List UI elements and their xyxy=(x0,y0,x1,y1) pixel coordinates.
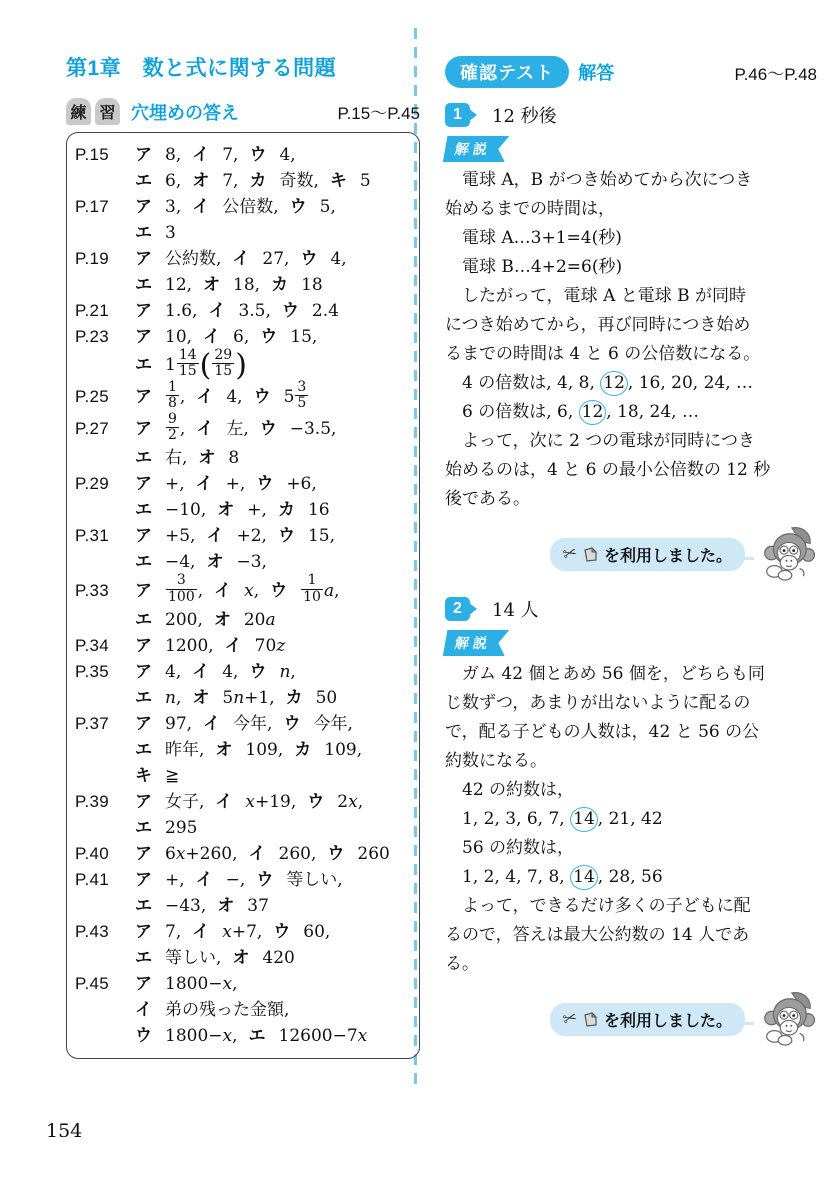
item-value: 弟の残った金額, xyxy=(165,1000,289,1020)
answer-line: P.45ア1800−x, xyxy=(75,971,414,997)
answer-item: ア10, xyxy=(135,327,192,346)
item-label: オ xyxy=(192,171,209,190)
answer-item: イ4, xyxy=(196,387,242,406)
answer-item: イ7, xyxy=(192,145,238,164)
answer-item: オ8 xyxy=(198,448,239,467)
bubble-row: ✂ を利用しました。 xyxy=(445,991,815,1047)
text-line: よって，次に 2 つの電球が同時につき xyxy=(445,427,817,456)
item-value: 5 xyxy=(360,171,371,191)
answer-item: イ今年, xyxy=(203,714,272,733)
bubble-text: を利用しました。 xyxy=(604,543,732,566)
answer-line: エ6,オ7,カ奇数,キ5 xyxy=(75,168,414,194)
circled-number: 14 xyxy=(570,865,598,890)
circled-number: 14 xyxy=(570,807,598,832)
answer-line: P.37ア97,イ今年,ウ今年, xyxy=(75,711,414,737)
answer-item: オ37 xyxy=(217,896,269,915)
text-line: 電球 A…3+1=4(秒) xyxy=(445,224,817,253)
answer-item: イ公倍数, xyxy=(192,197,278,216)
item-value: 15, xyxy=(308,526,335,546)
fraction: 1415 xyxy=(177,348,199,380)
answer-line-content: イ弟の残った金額, xyxy=(135,997,414,1023)
answer-item: エ−43, xyxy=(135,896,206,915)
item-value: 左, xyxy=(226,419,248,439)
answer-item: ア3100, xyxy=(135,581,203,600)
item-value: 200, xyxy=(165,610,203,630)
item-value: +6, xyxy=(286,474,316,494)
scissors-icon: ✂ xyxy=(560,1007,579,1030)
answer-line: エn,オ5n+1,カ50 xyxy=(75,685,414,711)
item-value: n, xyxy=(279,662,295,682)
item-value: 18, xyxy=(233,275,260,295)
answer-line: エ200,オ20a xyxy=(75,607,414,633)
text-line: 6 の倍数は, 6, 12, 18, 24, … xyxy=(445,398,817,427)
math-variable: x xyxy=(244,581,254,601)
item-label: イ xyxy=(196,870,213,889)
answer-item: イ27, xyxy=(232,249,289,268)
answer-line: P.40ア6x+260,イ260,ウ260 xyxy=(75,841,414,867)
answer-line-content: エ11415(2915) xyxy=(135,350,414,382)
item-label: オ xyxy=(203,275,220,294)
math-variable: x xyxy=(348,792,358,812)
page-ref: P.37 xyxy=(75,711,135,737)
item-label: オ xyxy=(215,740,232,759)
item-value: 15, xyxy=(290,327,317,347)
page-ref: P.27 xyxy=(75,416,135,442)
answer-item: ア4, xyxy=(135,662,181,681)
answer-item: ア3, xyxy=(135,197,181,216)
item-label: キ xyxy=(330,171,347,190)
item-label: イ xyxy=(135,1000,152,1019)
item-value: −10, xyxy=(165,500,206,520)
answer-line: P.41ア+,イ−,ウ等しい, xyxy=(75,867,414,893)
item-label: イ xyxy=(203,714,220,733)
math-variable: x xyxy=(358,1026,368,1046)
item-value: 女子, xyxy=(165,792,204,812)
item-value: 公約数, xyxy=(165,249,221,269)
item-label: エ xyxy=(135,355,152,374)
item-value: 535 xyxy=(284,387,310,407)
page-ref: P.29 xyxy=(75,471,135,497)
page-number: 154 xyxy=(46,1120,82,1142)
item-label: イ xyxy=(249,844,266,863)
answer-item: ウ2x, xyxy=(307,792,363,811)
tool-usage-bubble: ✂ を利用しました。 xyxy=(550,538,745,571)
item-label: イ xyxy=(232,249,249,268)
answer-line: エ−4,オ−3, xyxy=(75,549,414,575)
item-value: 60, xyxy=(303,922,330,942)
page-ref: P.15 xyxy=(75,142,135,168)
text-line: につき始めてから，再び同時につき始め xyxy=(445,311,817,340)
monkey-mascot-icon xyxy=(757,991,815,1047)
test-header: 確認テスト 解答 P.46～P.48 xyxy=(445,56,817,88)
answer-line-content: ア3100,イx,ウ110a, xyxy=(135,575,414,607)
item-value: 等しい, xyxy=(286,870,342,890)
item-value: 18, xyxy=(165,387,185,407)
practice-header: 練 習 穴埋めの答え P.15～P.45 xyxy=(66,98,420,125)
item-value: −, xyxy=(226,870,246,890)
text-line: 1, 2, 4, 7, 8, 14, 28, 56 xyxy=(445,863,817,892)
answer-item: ア公約数, xyxy=(135,249,221,268)
item-value: 18 xyxy=(301,275,323,295)
practice-label: 穴埋めの答え xyxy=(131,99,239,125)
item-value: 4, xyxy=(279,145,295,165)
item-label: オ xyxy=(214,610,231,629)
answer-item: イ+, xyxy=(196,474,246,493)
text-line: 電球 B…4+2=6(秒) xyxy=(445,253,817,282)
text-line: じ数ずつ，あまりが出ないように配るの xyxy=(445,689,817,718)
kaisetsu-wrap: 解説 xyxy=(445,136,817,162)
item-value: 16 xyxy=(308,500,330,520)
item-value: 右, xyxy=(165,448,187,468)
answer-item: ウ15, xyxy=(278,526,335,545)
answer-line: エ昨年,オ109,カ109, xyxy=(75,737,414,763)
answer-line-content: ア1200,イ70z xyxy=(135,633,414,659)
answer-line-content: エ等しい,オ420 xyxy=(135,945,414,971)
item-value: 3.5, xyxy=(238,301,270,321)
answer-item: エ右, xyxy=(135,448,187,467)
answer-item: キ5 xyxy=(330,171,371,190)
answer-item: ウn, xyxy=(249,662,295,681)
answers-box: P.15ア8,イ7,ウ4,エ6,オ7,カ奇数,キ5P.17ア3,イ公倍数,ウ5,… xyxy=(66,132,420,1059)
item-value: 12600−7x xyxy=(279,1026,368,1046)
item-value: +, xyxy=(165,474,185,494)
answer-item: ウ110a, xyxy=(270,581,339,600)
answer-line-content: ア公約数,イ27,ウ4, xyxy=(135,246,414,272)
answer-item: カ18 xyxy=(271,275,323,294)
answer-item: エ−10, xyxy=(135,500,206,519)
item-value: 2x, xyxy=(337,792,363,812)
item-label: ア xyxy=(135,474,152,493)
page-ref: P.25 xyxy=(75,384,135,410)
answer-line-content: ア+,イ−,ウ等しい, xyxy=(135,867,414,893)
answer-item: ウ+6, xyxy=(256,474,316,493)
item-label: エ xyxy=(135,688,152,707)
answer-line-content: ア18,イ4,ウ535 xyxy=(135,382,414,414)
item-value: 20a xyxy=(244,610,276,630)
page-ref: P.17 xyxy=(75,194,135,220)
item-value: 27, xyxy=(262,249,289,269)
item-value: +5, xyxy=(165,526,195,546)
answer-line: エ3 xyxy=(75,220,414,246)
answer-item: ア+, xyxy=(135,870,185,889)
answer-line-content: エ295 xyxy=(135,815,414,841)
test-page-range: P.46～P.48 xyxy=(734,60,817,85)
answer-line-content: ア6x+260,イ260,ウ260 xyxy=(135,841,414,867)
fraction: 110 xyxy=(301,573,323,605)
page-ref: P.41 xyxy=(75,867,135,893)
answer-item: イx+19, xyxy=(215,792,296,811)
item-label: エ xyxy=(135,552,152,571)
item-label: エ xyxy=(135,448,152,467)
item-label: ウ xyxy=(282,301,299,320)
text-line: 後である。 xyxy=(445,485,817,514)
test-label-pill: 確認テスト xyxy=(445,56,569,88)
answer-line-content: エ200,オ20a xyxy=(135,607,414,633)
answer-item: ウ−3.5, xyxy=(260,419,337,438)
answer-line-content: エ昨年,オ109,カ109, xyxy=(135,737,414,763)
item-value: 5n+1, xyxy=(222,688,274,708)
item-label: イ xyxy=(192,662,209,681)
fraction: 2915 xyxy=(212,348,234,380)
item-label: ア xyxy=(135,145,152,164)
item-value: 10, xyxy=(165,327,192,347)
answer-item: ア女子, xyxy=(135,792,204,811)
scissors-icon: ✂ xyxy=(560,542,579,565)
item-label: イ xyxy=(206,526,223,545)
item-value: 6x+260, xyxy=(165,844,238,864)
problem-answer: 12 秒後 xyxy=(492,102,557,128)
item-value: −43, xyxy=(165,896,206,916)
answer-item: エ昨年, xyxy=(135,740,204,759)
answer-item: イ70z xyxy=(225,636,286,655)
answer-line: P.19ア公約数,イ27,ウ4, xyxy=(75,246,414,272)
item-value: n, xyxy=(165,688,181,708)
item-value: 109, xyxy=(245,740,283,760)
answer-line: エ11415(2915) xyxy=(75,350,414,382)
answer-line-content: ア1800−x, xyxy=(135,971,414,997)
item-label: ウ xyxy=(278,526,295,545)
answer-line: エ−10,オ+,カ16 xyxy=(75,497,414,523)
item-label: オ xyxy=(217,896,234,915)
item-label: カ xyxy=(271,275,288,294)
item-value: 6, xyxy=(165,171,181,191)
item-value: +2, xyxy=(236,526,266,546)
item-value: −3.5, xyxy=(290,419,337,439)
text-line: 約数になる。 xyxy=(445,747,817,776)
answer-item: イ4, xyxy=(192,662,238,681)
item-value: −4, xyxy=(165,552,195,572)
circled-number: 12 xyxy=(600,371,628,396)
item-label: エ xyxy=(135,223,152,242)
answer-line: P.43ア7,イx+7,ウ60, xyxy=(75,919,414,945)
item-label: イ xyxy=(192,145,209,164)
item-label: ウ xyxy=(260,327,277,346)
math-variable: z xyxy=(276,636,285,656)
item-value: 7, xyxy=(165,922,181,942)
text-line: ガム 42 個とあめ 56 個を，どちらも同 xyxy=(445,660,817,689)
practice-page-range: P.15～P.45 xyxy=(337,99,420,124)
item-value: 50 xyxy=(316,688,338,708)
bubble-text: を利用しました。 xyxy=(604,1008,732,1031)
item-label: カ xyxy=(286,688,303,707)
answer-item: オ420 xyxy=(232,948,294,967)
item-label: エ xyxy=(135,275,152,294)
item-value: ≧ xyxy=(165,766,179,786)
item-label: ア xyxy=(135,387,152,406)
item-label: ア xyxy=(135,419,152,438)
item-value: 奇数, xyxy=(279,171,318,191)
page-ref: P.34 xyxy=(75,633,135,659)
item-value: 70z xyxy=(255,636,286,656)
answer-item: イx, xyxy=(214,581,259,600)
math-variable: a xyxy=(266,610,276,630)
answer-item: ア1200, xyxy=(135,636,214,655)
bubble-row: ✂ を利用しました。 xyxy=(445,526,815,582)
item-label: エ xyxy=(135,896,152,915)
item-value: 92, xyxy=(165,419,185,439)
answer-line-content: ア4,イ4,ウn, xyxy=(135,659,414,685)
answer-item: イ弟の残った金額, xyxy=(135,1000,289,1019)
answer-row: 214 人 xyxy=(445,596,817,622)
answer-line: エ右,オ8 xyxy=(75,445,414,471)
kaisetsu-badge: 解説 xyxy=(443,630,510,656)
page-ref: P.43 xyxy=(75,919,135,945)
answer-line-content: ア8,イ7,ウ4, xyxy=(135,142,414,168)
item-value: 2.4 xyxy=(312,301,339,321)
item-label: ウ xyxy=(249,145,266,164)
item-value: 4, xyxy=(222,662,238,682)
item-label: カ xyxy=(294,740,311,759)
text-line: よって，できるだけ多くの子どもに配 xyxy=(445,892,817,921)
item-value: 110a, xyxy=(300,581,339,601)
answer-item: ウ今年, xyxy=(283,714,352,733)
item-label: イ xyxy=(196,474,213,493)
item-label: オ xyxy=(192,688,209,707)
text-line: で，配る子どもの人数は，42 と 56 の公 xyxy=(445,718,817,747)
item-value: 295 xyxy=(165,818,197,838)
item-label: ウ xyxy=(273,922,290,941)
text-line: るまでの時間は 4 と 6 の公倍数になる。 xyxy=(445,340,817,369)
answer-line: P.31ア+5,イ+2,ウ15, xyxy=(75,523,414,549)
answer-item: ウ5, xyxy=(290,197,336,216)
math-variable: x xyxy=(176,844,186,864)
item-label: エ xyxy=(135,610,152,629)
page-ref: P.31 xyxy=(75,523,135,549)
answer-item: エ200, xyxy=(135,610,203,629)
item-value: 公倍数, xyxy=(222,197,278,217)
item-label: イ xyxy=(196,387,213,406)
item-value: 3, xyxy=(165,197,181,217)
item-label: エ xyxy=(135,948,152,967)
item-value: 4, xyxy=(226,387,242,407)
item-value: 1.6, xyxy=(165,301,197,321)
answer-line: エ12,オ18,カ18 xyxy=(75,272,414,298)
text-line: 4 の倍数は, 4, 8, 12, 16, 20, 24, … xyxy=(445,369,817,398)
math-variable: x xyxy=(223,974,233,994)
text-line: したがって，電球 A と電球 B が同時 xyxy=(445,282,817,311)
answer-line-content: エn,オ5n+1,カ50 xyxy=(135,685,414,711)
tool-usage-bubble: ✂ を利用しました。 xyxy=(550,1003,745,1036)
big-paren: ( xyxy=(200,348,212,383)
chapter-title: 第1章 数と式に関する問題 xyxy=(66,52,420,82)
answer-item: ア92, xyxy=(135,419,185,438)
answer-item: イ左, xyxy=(196,419,248,438)
item-value: x+19, xyxy=(245,792,296,812)
item-label: イ xyxy=(203,327,220,346)
item-label: オ xyxy=(217,500,234,519)
item-label: エ xyxy=(249,1026,266,1045)
answer-item: エ11415(2915) xyxy=(135,355,247,374)
answer-item: オ18, xyxy=(203,275,260,294)
answer-line: P.25ア18,イ4,ウ535 xyxy=(75,382,414,414)
answer-line-content: ア7,イx+7,ウ60, xyxy=(135,919,414,945)
item-value: 260, xyxy=(279,844,317,864)
answer-item: オ5n+1, xyxy=(192,688,274,707)
answer-line-content: ア97,イ今年,ウ今年, xyxy=(135,711,414,737)
item-label: ウ xyxy=(300,249,317,268)
item-label: カ xyxy=(249,171,266,190)
item-label: エ xyxy=(135,818,152,837)
answer-item: ア+, xyxy=(135,474,185,493)
math-variable: a xyxy=(324,581,334,601)
answer-line-content: ア10,イ6,ウ15, xyxy=(135,324,414,350)
problem-number-badge: 1 xyxy=(445,103,470,127)
item-label: ア xyxy=(135,249,152,268)
item-value: 11415(2915) xyxy=(165,355,247,375)
math-variable: n xyxy=(233,688,244,708)
answer-item: ア18, xyxy=(135,387,185,406)
item-value: 今年, xyxy=(313,714,352,734)
answer-item: イ3.5, xyxy=(208,301,270,320)
text-line: 始めるのは，4 と 6 の最小公倍数の 12 秒 xyxy=(445,456,817,485)
item-label: イ xyxy=(225,636,242,655)
item-label: ア xyxy=(135,581,152,600)
item-value: +, xyxy=(165,870,185,890)
answer-item: カ50 xyxy=(286,688,338,707)
answer-item: ウ535 xyxy=(254,387,310,406)
text-line: 42 の約数は， xyxy=(445,776,817,805)
answer-item: ウ4, xyxy=(249,145,295,164)
text-line: 56 の約数は， xyxy=(445,834,817,863)
item-label: ア xyxy=(135,197,152,216)
item-value: +, xyxy=(247,500,267,520)
page-ref: P.39 xyxy=(75,789,135,815)
left-column: 第1章 数と式に関する問題 練 習 穴埋めの答え P.15～P.45 P.15ア… xyxy=(66,52,420,1059)
explanation: ガム 42 個とあめ 56 個を，どちらも同じ数ずつ，あまりが出ないように配るの… xyxy=(445,660,817,979)
item-label: エ xyxy=(135,171,152,190)
fraction: 92 xyxy=(166,412,179,444)
answer-item: ウ15, xyxy=(260,327,317,346)
item-value: 109, xyxy=(324,740,362,760)
item-label: イ xyxy=(215,792,232,811)
answer-item: キ≧ xyxy=(135,766,179,785)
item-label: ウ xyxy=(270,581,287,600)
problem-answer: 14 人 xyxy=(492,596,539,622)
answer-line-content: ア+5,イ+2,ウ15, xyxy=(135,523,414,549)
answer-item: ア6x+260, xyxy=(135,844,238,863)
answer-item: イ6, xyxy=(203,327,249,346)
item-label: イ xyxy=(192,922,209,941)
item-label: ア xyxy=(135,662,152,681)
kaisetsu-wrap: 解説 xyxy=(445,630,817,656)
text-line: 電球 A，B がつき始めてから次につき xyxy=(445,166,817,195)
item-label: ウ xyxy=(135,1026,152,1045)
answer-item: イx+7, xyxy=(192,922,262,941)
item-label: ウ xyxy=(307,792,324,811)
kaisetsu-badge: 解説 xyxy=(443,136,510,162)
item-value: 37 xyxy=(247,896,269,916)
answer-item: エ等しい, xyxy=(135,948,221,967)
item-label: オ xyxy=(198,448,215,467)
answer-line-content: キ≧ xyxy=(135,763,414,789)
fraction: 3100 xyxy=(166,573,197,605)
circled-number: 12 xyxy=(579,400,607,425)
item-label: エ xyxy=(135,740,152,759)
answer-item: ア7, xyxy=(135,922,181,941)
answer-line: P.35ア4,イ4,ウn, xyxy=(75,659,414,685)
item-label: オ xyxy=(206,552,223,571)
item-value: −3, xyxy=(236,552,266,572)
item-label: エ xyxy=(135,500,152,519)
item-label: ウ xyxy=(290,197,307,216)
answer-item: カ奇数, xyxy=(249,171,318,190)
answer-item: ア1800−x, xyxy=(135,974,238,993)
item-label: ウ xyxy=(260,419,277,438)
item-label: イ xyxy=(196,419,213,438)
answer-line-content: ア92,イ左,ウ−3.5, xyxy=(135,414,414,446)
item-label: オ xyxy=(232,948,249,967)
answer-item: ウ260 xyxy=(327,844,389,863)
